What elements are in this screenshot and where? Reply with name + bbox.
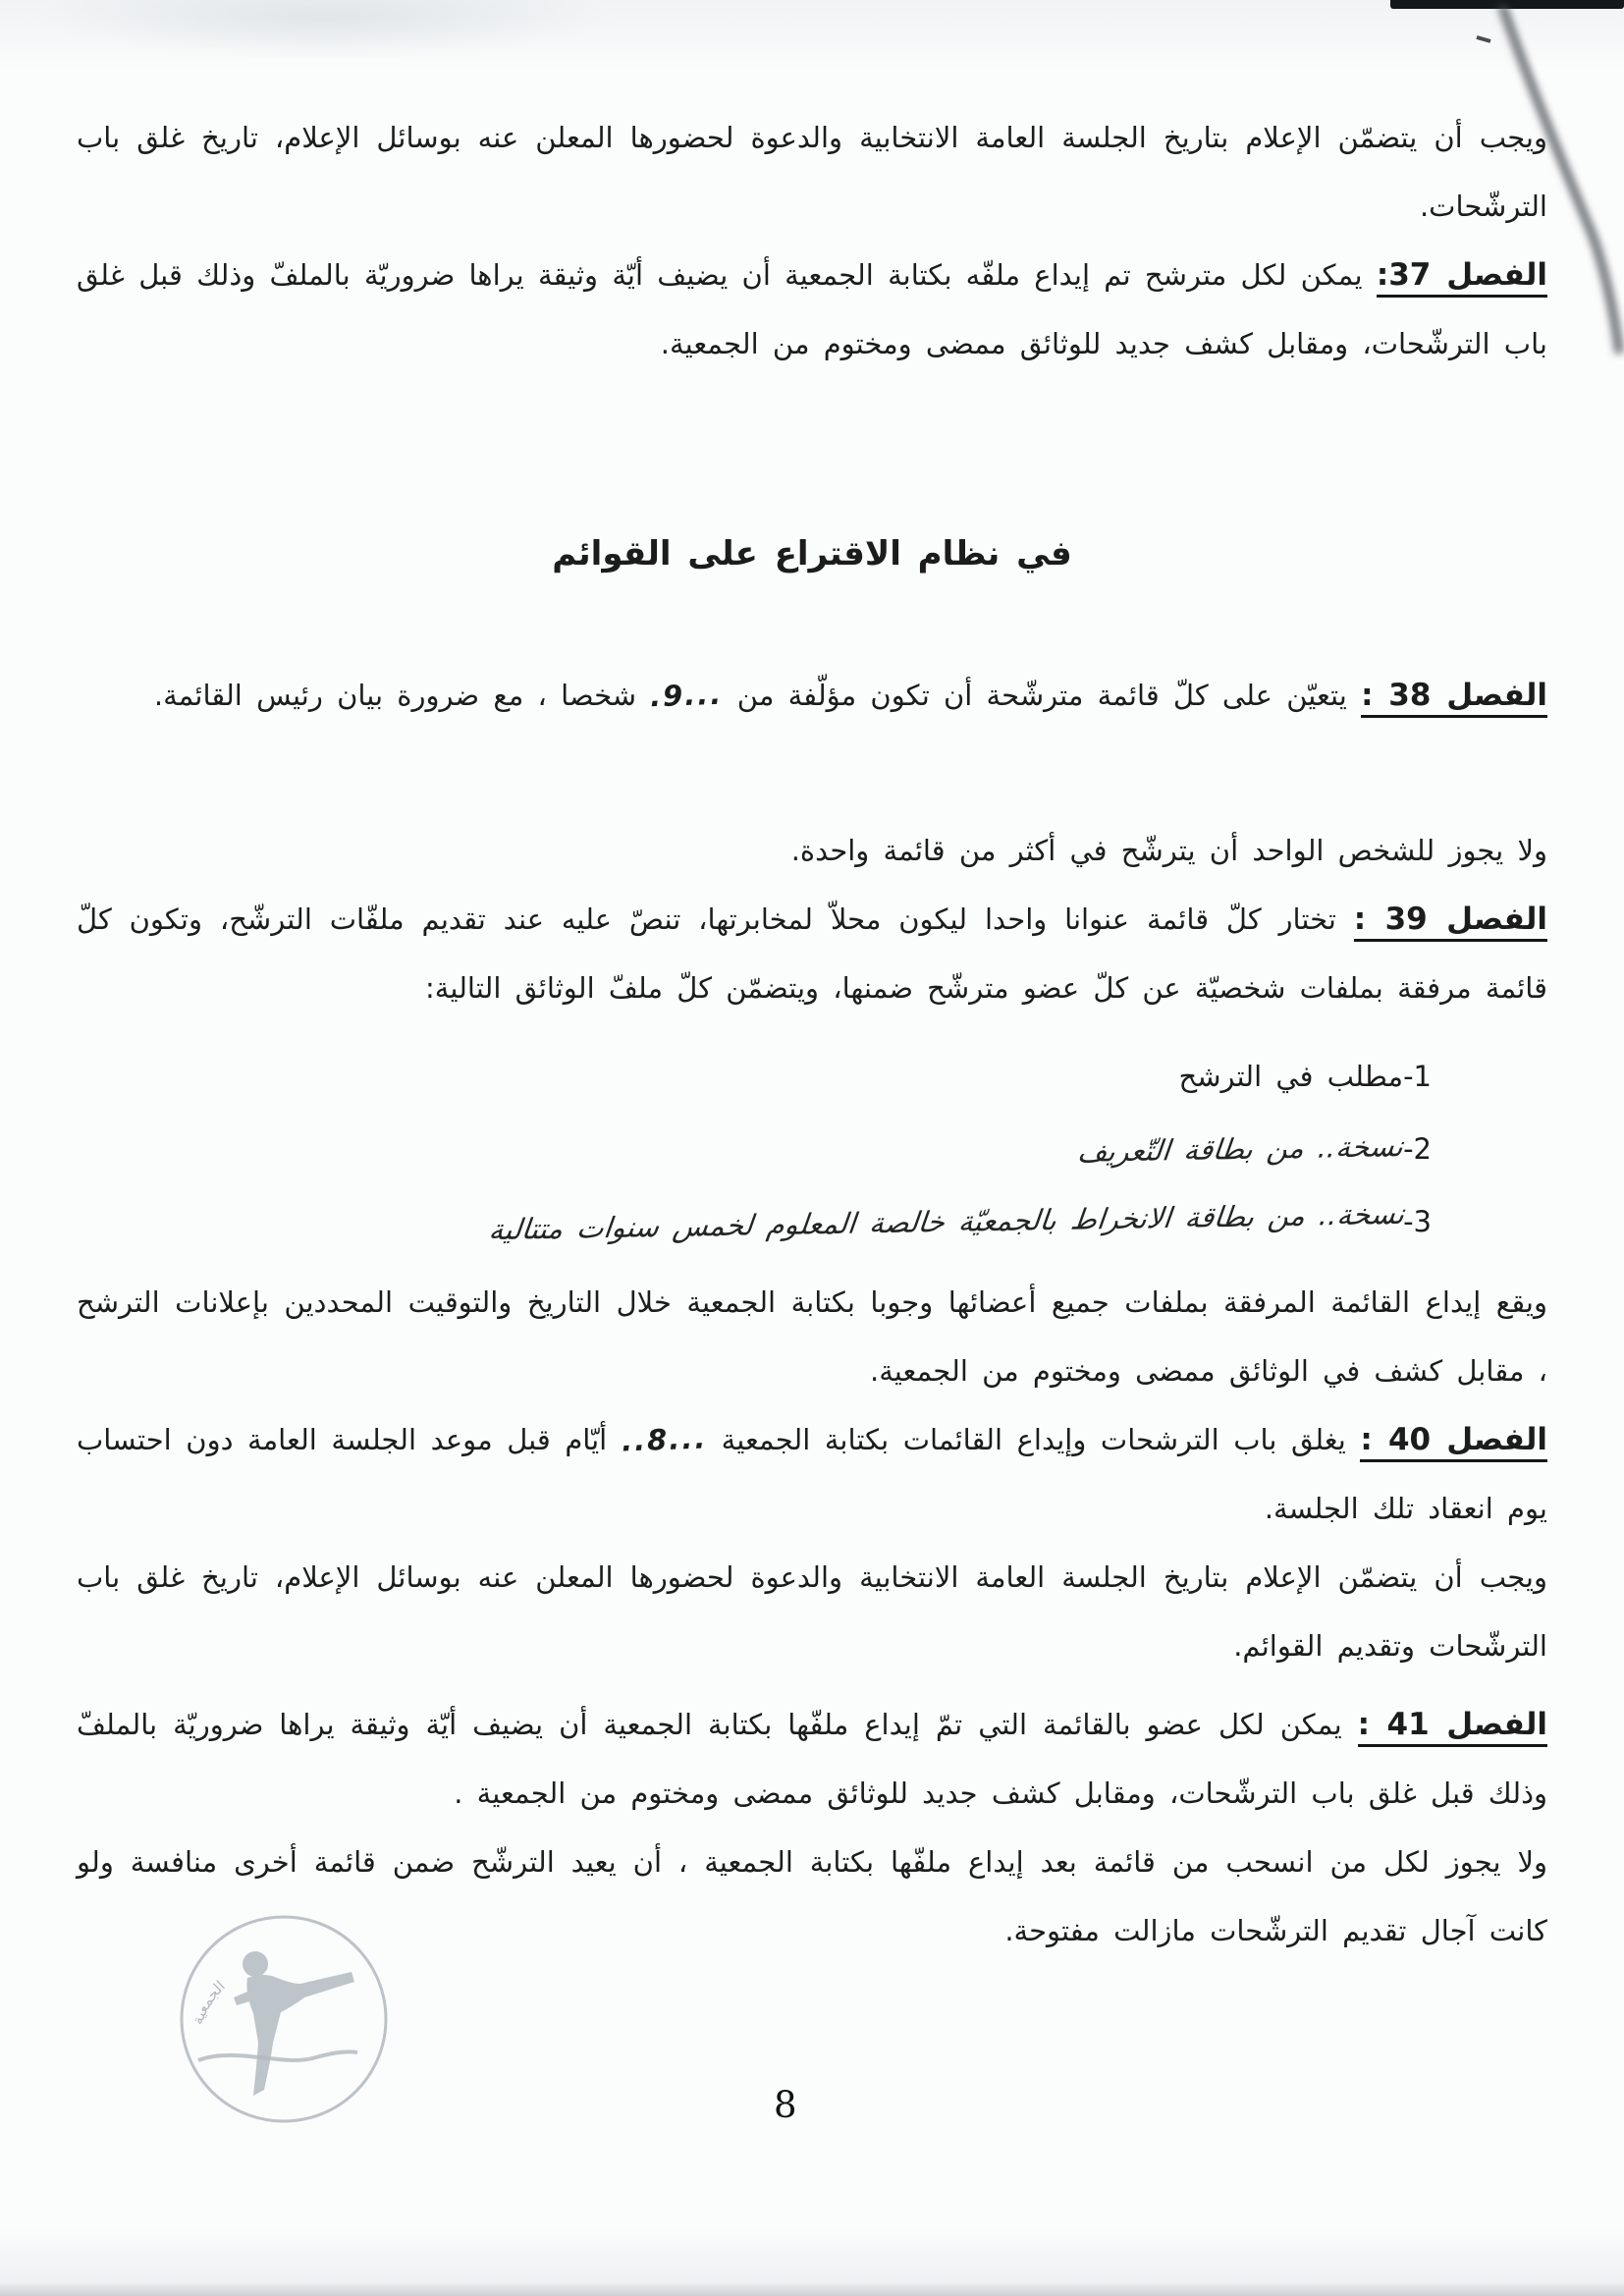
paragraph-text: ويقع إيداع القائمة المرفقة بملفات جميع أ… bbox=[77, 1285, 1547, 1388]
list-item: 2-نسخة.. من بطاقة التّعريف bbox=[77, 1113, 1432, 1185]
chapter-40-label: الفصل 40 : bbox=[1360, 1422, 1547, 1462]
chapter-41-text: يمكن لكل عضو بالقائمة التي تمّ إيداع ملف… bbox=[77, 1708, 1547, 1810]
list-item-number: 1- bbox=[1403, 1060, 1432, 1093]
paragraph-deposit-rule: ويقع إيداع القائمة المرفقة بملفات جميع أ… bbox=[77, 1268, 1547, 1405]
paragraph-text: ولا يجوز لكل من انسحب من قائمة بعد إيداع… bbox=[77, 1845, 1547, 1947]
list-item: 1-مطلب في الترشح bbox=[77, 1040, 1432, 1113]
list-item-number: 3- bbox=[1403, 1205, 1432, 1238]
chapter-39: الفصل 39 : تختار كلّ قائمة عنوانا واحدا … bbox=[77, 885, 1547, 1022]
paragraph-announcement-rule: ويجب أن يتضمّن الإعلام بتاريخ الجلسة الع… bbox=[77, 1543, 1547, 1680]
chapter-37-text: يمكن لكل مترشح تم إيداع ملفّه بكتابة الج… bbox=[77, 258, 1547, 360]
paragraph-single-list-rule: ولا يجوز للشخص الواحد أن يترشّح في أكثر … bbox=[77, 816, 1547, 885]
paragraph-announcement-intro: ويجب أن يتضمّن الإعلام بتاريخ الجلسة الع… bbox=[77, 103, 1547, 241]
chapter-37: الفصل 37: يمكن لكل مترشح تم إيداع ملفّه … bbox=[77, 241, 1547, 378]
chapter-39-text: تختار كلّ قائمة عنوانا واحدا ليكون محلاّ… bbox=[77, 902, 1547, 1005]
chapter-41: الفصل 41 : يمكن لكل عضو بالقائمة التي تم… bbox=[77, 1690, 1547, 1828]
karate-kick-icon bbox=[234, 1951, 354, 2096]
document-body: ويجب أن يتضمّن الإعلام بتاريخ الجلسة الع… bbox=[0, 0, 1624, 1965]
section-title: في نظام الاقتراع على القوائم bbox=[77, 523, 1547, 584]
chapter-39-label: الفصل 39 : bbox=[1354, 902, 1547, 942]
paragraph-text: ولا يجوز للشخص الواحد أن يترشّح في أكثر … bbox=[791, 834, 1547, 867]
chapter-40-text-before: يغلق باب الترشحات وإيداع القائمات بكتابة… bbox=[722, 1423, 1346, 1456]
chapter-38-label: الفصل 38 : bbox=[1361, 678, 1547, 718]
scanned-document-page: ويجب أن يتضمّن الإعلام بتاريخ الجلسة الع… bbox=[0, 0, 1624, 2296]
list-item-handwritten-text: نسخة.. من بطاقة التّعريف bbox=[1074, 1110, 1407, 1188]
chapter-38-text-before: يتعيّن على كلّ قائمة مترشّحة أن تكون مؤل… bbox=[737, 679, 1347, 712]
required-documents-list: 1-مطلب في الترشح 2-نسخة.. من بطاقة التّع… bbox=[77, 1040, 1547, 1258]
list-item-number: 2- bbox=[1403, 1132, 1432, 1166]
list-item-handwritten-text: نسخة.. من بطاقة الانخراط بالجمعيّة خالصة… bbox=[485, 1177, 1408, 1266]
paragraph-text: ويجب أن يتضمّن الإعلام بتاريخ الجلسة الع… bbox=[77, 1560, 1547, 1663]
chapter-38: الفصل 38 : يتعيّن على كلّ قائمة مترشّحة … bbox=[77, 661, 1547, 798]
chapter-40-handwritten-number: ..8... bbox=[621, 1403, 709, 1475]
chapter-38-text-after: شخصا ، مع ضرورة بيان رئيس القائمة. bbox=[154, 679, 636, 712]
page-number: 8 bbox=[774, 2084, 797, 2126]
chapter-37-label: الفصل 37: bbox=[1377, 257, 1547, 298]
chapter-41-label: الفصل 41 : bbox=[1358, 1707, 1547, 1747]
paragraph-withdraw-rule: ولا يجوز لكل من انسحب من قائمة بعد إيداع… bbox=[77, 1828, 1547, 1965]
chapter-38-handwritten-number: .9... bbox=[649, 660, 725, 732]
chapter-40: الفصل 40 : يغلق باب الترشحات وإيداع القا… bbox=[77, 1405, 1547, 1543]
scan-bottom-shadow bbox=[0, 2282, 1624, 2296]
list-item-text: مطلب في الترشح bbox=[1179, 1060, 1404, 1093]
paragraph-text: ويجب أن يتضمّن الإعلام بتاريخ الجلسة الع… bbox=[77, 121, 1547, 223]
list-item: 3-نسخة.. من بطاقة الانخراط بالجمعيّة خال… bbox=[77, 1185, 1432, 1258]
